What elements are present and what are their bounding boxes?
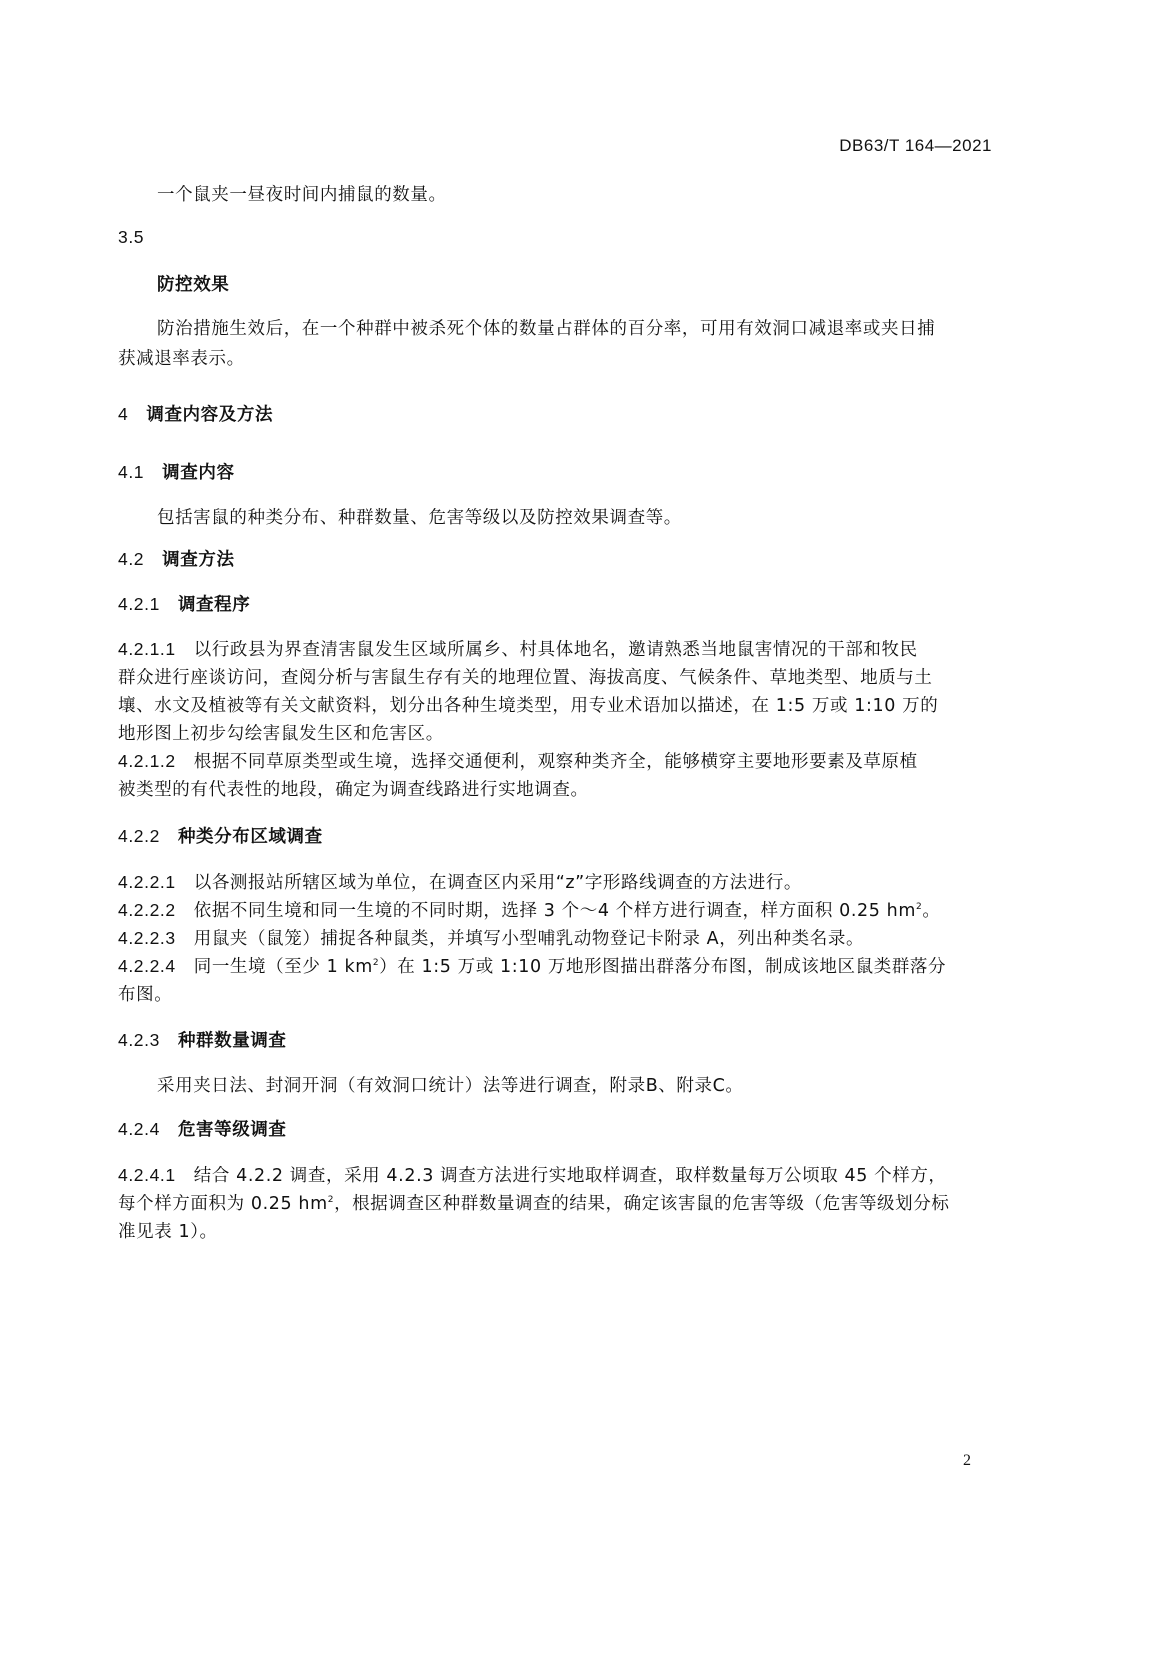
section-heading-4-2-2: 4.2.2种类分布区域调查: [118, 823, 323, 848]
clause-4-2-1-1-line3: 壤、水文及植被等有关文献资料，划分出各种生境类型，用专业术语加以描述，在 1:5…: [118, 692, 938, 717]
term-3-5: 防控效果: [157, 271, 229, 296]
section-heading-4-1: 4.1调查内容: [118, 459, 235, 484]
section-title: 种类分布区域调查: [178, 827, 323, 847]
clause-text: 每个样方面积为 0.25 hm: [118, 1194, 328, 1214]
document-code-header: DB63/T 164—2021: [839, 136, 992, 156]
clause-text: 以行政县为界查清害鼠发生区域所属乡、村具体地名，邀请熟悉当地鼠害情况的干部和牧民: [194, 640, 918, 660]
section-title: 调查方法: [162, 550, 234, 570]
section-title: 调查内容及方法: [146, 405, 273, 425]
section-heading-4-2-1: 4.2.1调查程序: [118, 591, 250, 616]
section-title: 调查内容: [162, 463, 234, 483]
clause-number: 4.2.1.1: [118, 639, 176, 659]
clause-number: 4.2.1.2: [118, 751, 176, 771]
definition-3-5-line2: 获减退率表示。: [118, 345, 245, 370]
clause-4-2-1-2-line2: 被类型的有代表性的地段，确定为调查线路进行实地调查。: [118, 776, 589, 801]
clause-4-2-4-1-line2: 每个样方面积为 0.25 hm2，根据调查区种群数量调查的结果，确定该害鼠的危害…: [118, 1190, 949, 1215]
clause-4-2-2-2: 4.2.2.2依据不同生境和同一生境的不同时期，选择 3 个～4 个样方进行调查…: [118, 897, 940, 922]
section-number: 4.2.4: [118, 1119, 160, 1139]
clause-text: 用鼠夹（鼠笼）捕捉各种鼠类，并填写小型哺乳动物登记卡附录 A，列出种类名录。: [194, 929, 864, 949]
clause-number: 4.2.4.1: [118, 1165, 176, 1185]
clause-text-tail: 。: [922, 901, 940, 921]
definition-3-5-line1: 防治措施生效后，在一个种群中被杀死个体的数量占群体的百分率，可用有效洞口减退率或…: [157, 315, 935, 340]
clause-4-2-1-1-line4: 地形图上初步勾绘害鼠发生区和危害区。: [118, 720, 444, 745]
section-4-2-3-text: 采用夹日法、封洞开洞（有效洞口统计）法等进行调查，附录B、附录C。: [157, 1072, 744, 1097]
clause-number-3-5: 3.5: [118, 227, 144, 248]
clause-text: 同一生境（至少 1 km: [194, 957, 373, 977]
clause-number: 4.2.2.1: [118, 872, 176, 892]
clause-text-cont: ，根据调查区种群数量调查的结果，确定该害鼠的危害等级（危害等级划分标: [334, 1194, 949, 1214]
section-title: 危害等级调查: [178, 1120, 287, 1140]
clause-4-2-2-1: 4.2.2.1以各测报站所辖区域为单位，在调查区内采用“z”字形路线调查的方法进…: [118, 869, 802, 894]
clause-4-2-2-3: 4.2.2.3用鼠夹（鼠笼）捕捉各种鼠类，并填写小型哺乳动物登记卡附录 A，列出…: [118, 925, 864, 950]
clause-text: 以各测报站所辖区域为单位，在调查区内采用“z”字形路线调查的方法进行。: [194, 873, 802, 893]
section-number: 4.2.1: [118, 594, 160, 614]
clause-4-2-1-1-line2: 群众进行座谈访问，查阅分析与害鼠生存有关的地理位置、海拔高度、气候条件、草地类型…: [118, 664, 933, 689]
clause-4-2-2-4-line1: 4.2.2.4同一生境（至少 1 km2）在 1:5 万或 1:10 万地形图描…: [118, 953, 946, 978]
section-title: 种群数量调查: [178, 1031, 287, 1051]
clause-text: 根据不同草原类型或生境，选择交通便利，观察种类齐全，能够横穿主要地形要素及草原植: [194, 752, 918, 772]
clause-number: 4.2.2.4: [118, 956, 176, 976]
clause-number: 4.2.2.2: [118, 900, 176, 920]
section-heading-4-2-4: 4.2.4危害等级调查: [118, 1116, 287, 1141]
section-4-1-text: 包括害鼠的种类分布、种群数量、危害等级以及防控效果调查等。: [157, 504, 682, 529]
section-number: 4.2: [118, 549, 144, 569]
section-heading-4-2-3: 4.2.3种群数量调查: [118, 1027, 287, 1052]
clause-text-cont: ）在 1:5 万或 1:10 万地形图描出群落分布图，制成该地区鼠类群落分: [379, 957, 946, 977]
page-number: 2: [963, 1452, 971, 1470]
clause-4-2-1-2-line1: 4.2.1.2根据不同草原类型或生境，选择交通便利，观察种类齐全，能够横穿主要地…: [118, 748, 918, 773]
section-number: 4.2.2: [118, 826, 160, 846]
clause-text: 依据不同生境和同一生境的不同时期，选择 3 个～4 个样方进行调查，样方面积 0…: [194, 901, 916, 921]
section-heading-4: 4调查内容及方法: [118, 401, 273, 426]
definition-3-4-tail: 一个鼠夹一昼夜时间内捕鼠的数量。: [157, 181, 447, 206]
section-number: 4.1: [118, 462, 144, 482]
clause-text: 结合 4.2.2 调查，采用 4.2.3 调查方法进行实地取样调查，取样数量每万…: [194, 1166, 947, 1186]
section-number: 4.2.3: [118, 1030, 160, 1050]
clause-4-2-4-1-line1: 4.2.4.1结合 4.2.2 调查，采用 4.2.3 调查方法进行实地取样调查…: [118, 1162, 947, 1187]
clause-4-2-4-1-line3: 准见表 1）。: [118, 1218, 218, 1243]
section-number: 4: [118, 404, 128, 424]
section-heading-4-2: 4.2调查方法: [118, 546, 235, 571]
clause-number: 4.2.2.3: [118, 928, 176, 948]
section-title: 调查程序: [178, 595, 250, 615]
clause-4-2-2-4-line2: 布图。: [118, 981, 172, 1006]
clause-4-2-1-1-line1: 4.2.1.1以行政县为界查清害鼠发生区域所属乡、村具体地名，邀请熟悉当地鼠害情…: [118, 636, 918, 661]
